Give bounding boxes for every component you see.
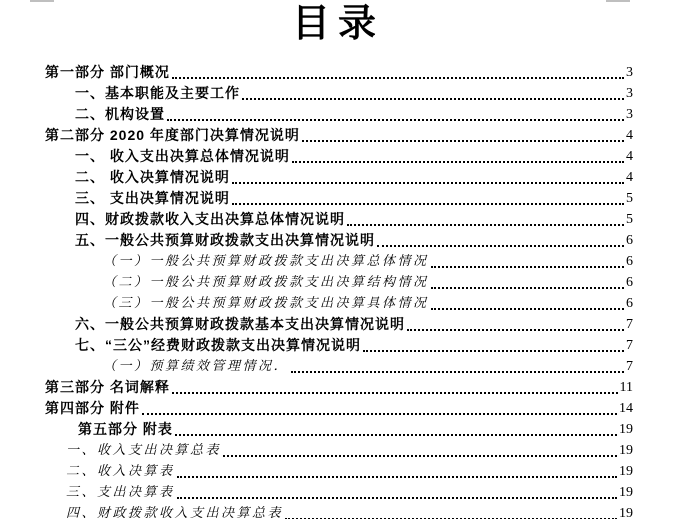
toc-dot-leader [302,140,624,142]
toc-entry-page-number: 19 [619,419,633,440]
toc-entry-page-number: 14 [619,398,633,419]
toc-entry[interactable]: 四、财政拨款收入支出决算总表19 [45,503,633,519]
toc-entry[interactable]: 三、 支出决算情况说明5 [45,188,633,209]
toc-dot-leader [232,203,624,205]
toc-entry[interactable]: 第二部分 2020 年度部门决算情况说明4 [45,125,633,146]
toc-entry[interactable]: 一、基本职能及主要工作3 [45,83,633,104]
toc-entry[interactable]: （一）预算绩效管理情况．7 [45,356,633,377]
toc-entry-page-number: 4 [626,167,633,188]
toc-entry[interactable]: 六、一般公共预算财政拨款基本支出决算情况说明7 [45,314,633,335]
toc-entry-page-number: 19 [619,461,633,482]
toc-entry[interactable]: 七、“三公”经费财政拨款支出决算情况说明7 [45,335,633,356]
toc-entry-label: 第三部分 名词解释 [45,377,170,398]
toc-dot-leader [232,182,624,184]
toc-entry-label: （一）预算绩效管理情况． [103,356,289,377]
toc-entry-page-number: 6 [626,293,633,314]
toc-dot-leader [177,497,617,499]
toc-entry-label: 四、财政拨款收入支出决算总体情况说明 [75,209,345,230]
toc-dot-leader [242,98,624,100]
toc-entry[interactable]: （三）一般公共预算财政拨款支出决算具体情况6 [45,293,633,314]
toc-entry[interactable]: 第四部分 附件14 [45,398,633,419]
toc-entry-page-number: 5 [626,188,633,209]
toc-dot-leader [291,371,624,373]
toc-entry-page-number: 19 [619,440,633,461]
toc-entry-page-number: 4 [626,125,633,146]
toc-entry-page-number: 7 [626,335,633,356]
toc-entry-page-number: 5 [626,209,633,230]
toc-entry-label: 二、机构设置 [75,104,165,125]
toc-dot-leader [223,455,617,457]
toc-entry[interactable]: 二、 收入决算情况说明4 [45,167,633,188]
toc-entry-page-number: 3 [626,83,633,104]
toc-entry-label: （二）一般公共预算财政拨款支出决算结构情况 [103,272,429,293]
toc-entry[interactable]: （一）一般公共预算财政拨款支出决算总体情况6 [45,251,633,272]
toc-dot-leader [167,119,624,121]
toc-entry[interactable]: （二）一般公共预算财政拨款支出决算结构情况6 [45,272,633,293]
toc-entry-page-number: 6 [626,251,633,272]
toc-dot-leader [407,329,624,331]
toc-entry-page-number: 7 [626,314,633,335]
toc-entry[interactable]: 二、机构设置3 [45,104,633,125]
toc-entry-label: 五、一般公共预算财政拨款支出决算情况说明 [75,230,375,251]
toc-entry[interactable]: 第三部分 名词解释11 [45,377,633,398]
toc-dot-leader [172,77,624,79]
toc-dot-leader [175,434,617,436]
toc-entry[interactable]: 一、 收入支出决算总体情况说明4 [45,146,633,167]
toc-entry-label: 第一部分 部门概况 [45,62,170,83]
document-page: 目录 第一部分 部门概况3一、基本职能及主要工作3二、机构设置3第二部分 202… [0,0,676,519]
toc-entry-label: 二、 收入决算情况说明 [75,167,230,188]
toc-entry[interactable]: 三、支出决算表19 [45,482,633,503]
toc-dot-leader [347,224,624,226]
toc-dot-leader [377,245,624,247]
toc-entry-label: 第五部分 附表 [78,419,173,440]
toc-entry-page-number: 11 [620,377,633,398]
toc-entry-label: 一、基本职能及主要工作 [75,83,240,104]
toc-entry-label: （一）一般公共预算财政拨款支出决算总体情况 [103,251,429,272]
toc-entry-label: 第四部分 附件 [45,398,140,419]
toc-dot-leader [431,266,624,268]
toc-entry-page-number: 6 [626,230,633,251]
toc-entry[interactable]: 第五部分 附表19 [45,419,633,440]
toc-entry-page-number: 3 [626,62,633,83]
toc-entry-page-number: 6 [626,272,633,293]
toc-entry-label: 二、收入决算表 [66,461,175,482]
toc-dot-leader [431,287,624,289]
toc-entry-label: 三、 支出决算情况说明 [75,188,230,209]
toc-dot-leader [142,413,617,415]
toc-entry-page-number: 3 [626,104,633,125]
toc-entry-page-number: 4 [626,146,633,167]
toc-entry[interactable]: 一、收入支出决算总表19 [45,440,633,461]
toc-entry-label: 三、支出决算表 [66,482,175,503]
toc-entry-page-number: 19 [619,482,633,503]
table-of-contents: 第一部分 部门概况3一、基本职能及主要工作3二、机构设置3第二部分 2020 年… [45,62,633,519]
page-title: 目录 [0,1,676,47]
toc-entry-label: 一、收入支出决算总表 [66,440,221,461]
toc-entry-label: （三）一般公共预算财政拨款支出决算具体情况 [103,293,429,314]
toc-entry-label: 第二部分 2020 年度部门决算情况说明 [45,125,300,146]
toc-dot-leader [363,350,624,352]
toc-entry-page-number: 7 [626,356,633,377]
toc-dot-leader [292,161,624,163]
toc-entry[interactable]: 五、一般公共预算财政拨款支出决算情况说明6 [45,230,633,251]
toc-entry-label: 六、一般公共预算财政拨款基本支出决算情况说明 [75,314,405,335]
toc-entry-label: 四、财政拨款收入支出决算总表 [66,503,283,519]
toc-entry[interactable]: 第一部分 部门概况3 [45,62,633,83]
toc-entry-label: 七、“三公”经费财政拨款支出决算情况说明 [75,335,361,356]
toc-entry[interactable]: 二、收入决算表19 [45,461,633,482]
toc-entry-page-number: 19 [619,503,633,519]
toc-dot-leader [172,392,618,394]
toc-entry[interactable]: 四、财政拨款收入支出决算总体情况说明5 [45,209,633,230]
toc-dot-leader [177,476,617,478]
toc-entry-label: 一、 收入支出决算总体情况说明 [75,146,290,167]
toc-dot-leader [431,308,624,310]
